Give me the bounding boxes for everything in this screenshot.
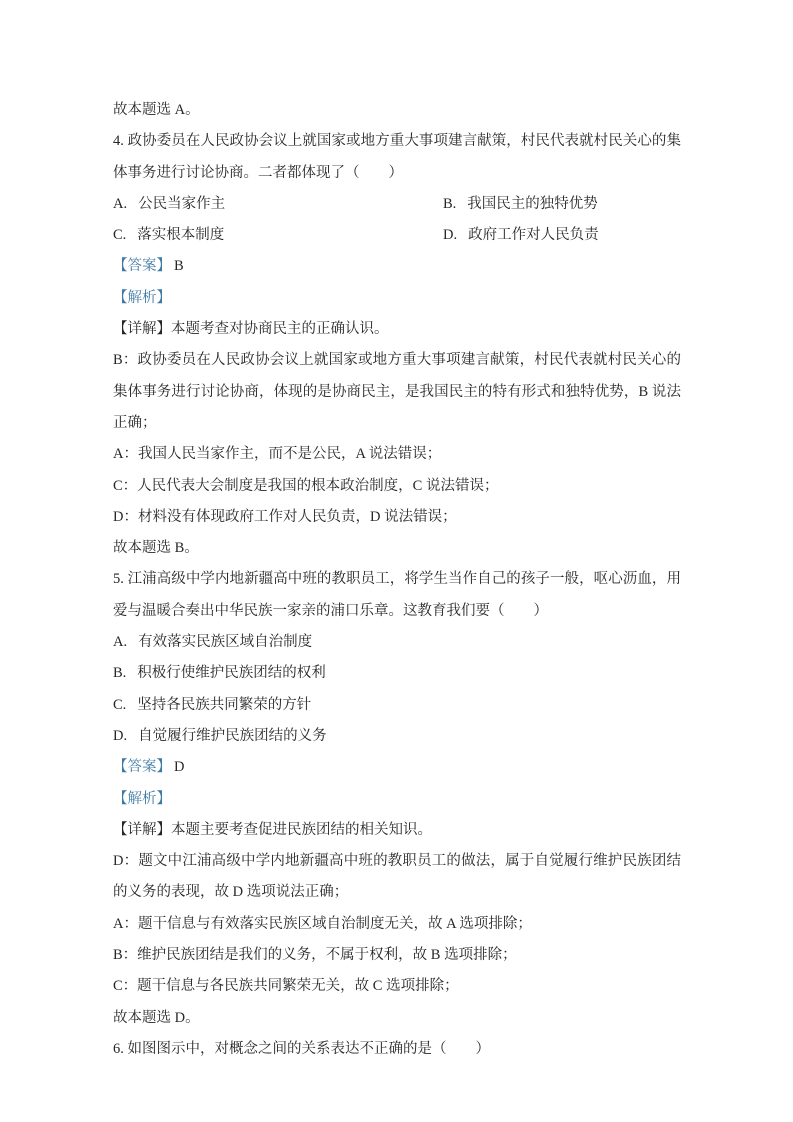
question-4-answer: 【答案】B bbox=[113, 251, 681, 282]
question-4-stem: 4. 政协委员在人民政协会议上就国家或地方重大事项建言献策，村民代表就村民关心的… bbox=[113, 126, 681, 189]
option-label: D. bbox=[443, 227, 457, 243]
question-5-option-a: A.有效落实民族区域自治制度 bbox=[113, 627, 681, 658]
question-5-detail: 【详解】本题主要考查促进民族团结的相关知识。 bbox=[113, 815, 681, 846]
option-label: C. bbox=[113, 227, 126, 243]
question-4-option-c: C.落实根本制度 bbox=[113, 220, 443, 251]
question-4-option-d: D.政府工作对人民负责 bbox=[443, 220, 681, 251]
question-5-point-c: C：题干信息与各民族共同繁荣无关，故 C 选项排除； bbox=[113, 971, 681, 1002]
document-page: 故本题选 A。 4. 政协委员在人民政协会议上就国家或地方重大事项建言献策，村民… bbox=[0, 0, 793, 1122]
answer-value: B bbox=[174, 258, 184, 274]
option-label: B. bbox=[443, 196, 456, 212]
detail-label: 【详解】 bbox=[113, 321, 171, 337]
answer-label: 【答案】 bbox=[113, 258, 171, 274]
question-5-option-c: C.坚持各民族共同繁荣的方针 bbox=[113, 690, 681, 721]
question-4-analysis: 【解析】 bbox=[113, 283, 681, 314]
option-text: 公民当家作主 bbox=[138, 196, 225, 212]
option-text: 有效落实民族区域自治制度 bbox=[138, 634, 312, 650]
question-5-options: A.有效落实民族区域自治制度 B.积极行使维护民族团结的权利 C.坚持各民族共同… bbox=[113, 627, 681, 752]
question-5-answer: 【答案】D bbox=[113, 752, 681, 783]
question-4-conclusion: 故本题选 B。 bbox=[113, 533, 681, 564]
question-5-conclusion: 故本题选 D。 bbox=[113, 1003, 681, 1034]
option-label: A. bbox=[113, 634, 127, 650]
option-label: C. bbox=[113, 697, 126, 713]
question-5-option-b: B.积极行使维护民族团结的权利 bbox=[113, 658, 681, 689]
option-text: 我国民主的独特优势 bbox=[467, 196, 598, 212]
question-4-point-a: A：我国人民当家作主，而不是公民，A 说法错误； bbox=[113, 439, 681, 470]
question-5-stem: 5. 江浦高级中学内地新疆高中班的教职员工，将学生当作自己的孩子一般，呕心沥血，… bbox=[113, 564, 681, 627]
analysis-label: 【解析】 bbox=[113, 791, 171, 807]
question-5-option-d: D.自觉履行维护民族团结的义务 bbox=[113, 721, 681, 752]
question-4-point-b: B：政协委员在人民政协会议上就国家或地方重大事项建言献策，村民代表就村民关心的集… bbox=[113, 345, 681, 439]
detail-text: 本题考查对协商民主的正确认识。 bbox=[171, 321, 389, 337]
question-4-option-a: A.公民当家作主 bbox=[113, 189, 443, 220]
option-text: 政府工作对人民负责 bbox=[468, 227, 599, 243]
detail-label: 【详解】 bbox=[113, 822, 171, 838]
option-text: 坚持各民族共同繁荣的方针 bbox=[137, 697, 311, 713]
answer-value: D bbox=[174, 759, 184, 775]
question-6-stem: 6. 如图图示中，对概念之间的关系表达不正确的是（ ） bbox=[113, 1034, 681, 1065]
question-5-analysis: 【解析】 bbox=[113, 784, 681, 815]
question-5-point-a: A：题干信息与有效落实民族区域自治制度无关，故 A 选项排除； bbox=[113, 909, 681, 940]
question-4-point-d: D：材料没有体现政府工作对人民负责，D 说法错误； bbox=[113, 502, 681, 533]
question-3-conclusion: 故本题选 A。 bbox=[113, 95, 681, 126]
question-4-option-b: B.我国民主的独特优势 bbox=[443, 189, 681, 220]
option-label: A. bbox=[113, 196, 127, 212]
answer-label: 【答案】 bbox=[113, 759, 171, 775]
question-4-detail: 【详解】本题考查对协商民主的正确认识。 bbox=[113, 314, 681, 345]
question-4-options: A.公民当家作主 B.我国民主的独特优势 C.落实根本制度 D.政府工作对人民负… bbox=[113, 189, 681, 252]
option-label: B. bbox=[113, 665, 126, 681]
analysis-label: 【解析】 bbox=[113, 290, 171, 306]
question-5-point-b: B：维护民族团结是我们的义务，不属于权利，故 B 选项排除； bbox=[113, 940, 681, 971]
option-label: D. bbox=[113, 728, 127, 744]
question-4-point-c: C：人民代表大会制度是我国的根本政治制度，C 说法错误； bbox=[113, 471, 681, 502]
question-5-point-d: D：题文中江浦高级中学内地新疆高中班的教职员工的做法，属于自觉履行维护民族团结的… bbox=[113, 846, 681, 909]
option-text: 自觉履行维护民族团结的义务 bbox=[138, 728, 327, 744]
option-text: 积极行使维护民族团结的权利 bbox=[137, 665, 326, 681]
option-text: 落实根本制度 bbox=[137, 227, 224, 243]
detail-text: 本题主要考查促进民族团结的相关知识。 bbox=[171, 822, 432, 838]
